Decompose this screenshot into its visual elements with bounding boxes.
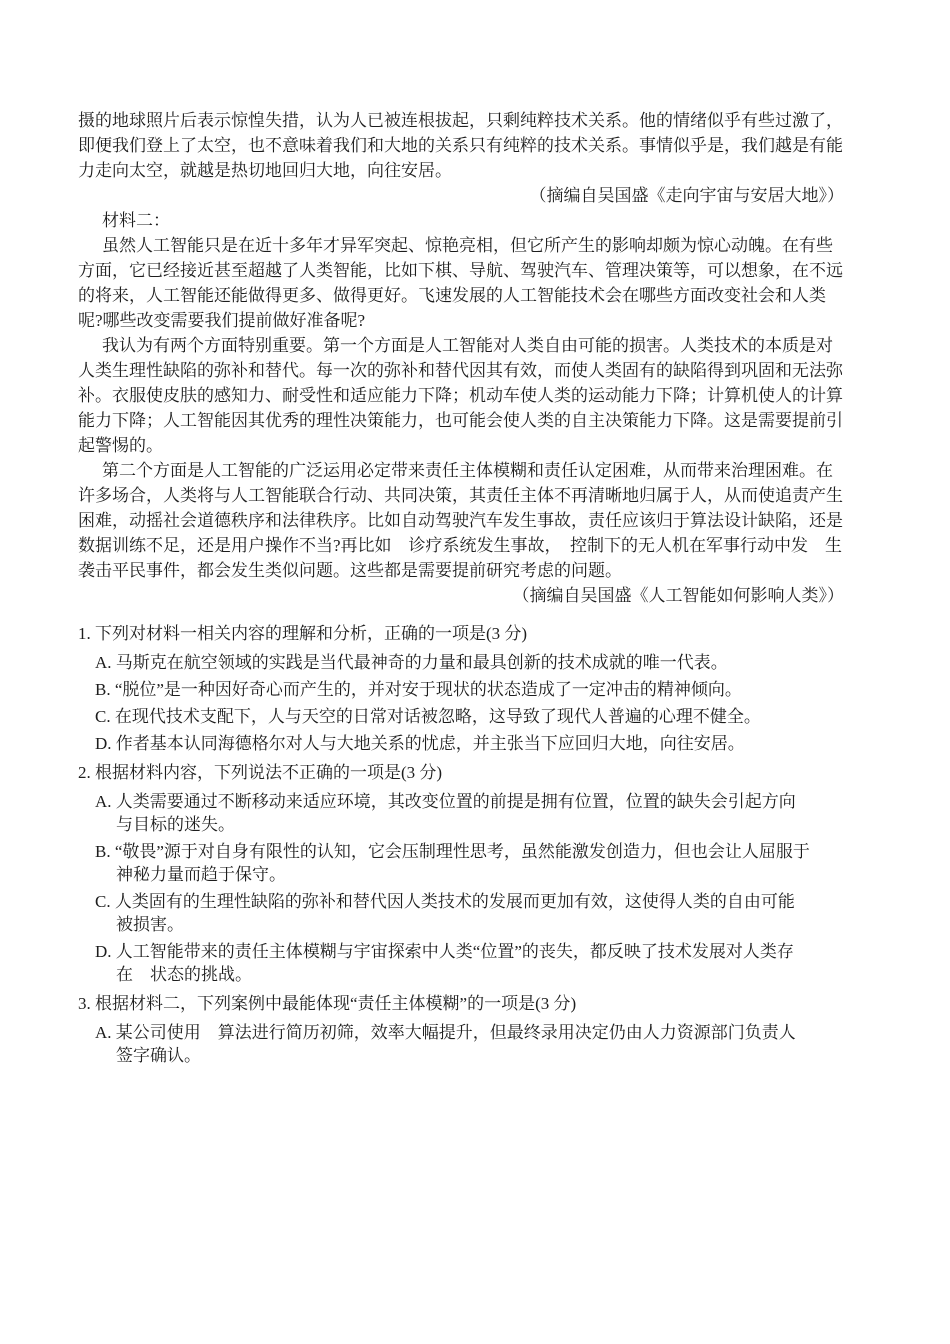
option-line: C. 人类固有的生理性缺陷的弥补和替代因人类技术的发展而更加有效，这使得人类的自… <box>95 890 878 913</box>
passage-line: 补。衣服使皮肤的感知力、耐受性和适应能力下降；机动车使人类的运动能力下降；计算机… <box>78 383 878 408</box>
passage-line: 我认为有两个方面特别重要。第一个方面是人工智能对人类自由可能的损害。人类技术的本… <box>78 333 878 358</box>
passage-line: 摄的地球照片后表示惊惶失措，认为人已被连根拔起，只剩纯粹技术关系。他的情绪似乎有… <box>78 108 878 133</box>
passage-line: 的将来，人工智能还能做得更多、做得更好。飞速发展的人工智能技术会在哪些方面改变社… <box>78 283 878 308</box>
passage-line: 第二个方面是人工智能的广泛运用必定带来责任主体模糊和责任认定困难，从而带来治理困… <box>78 458 878 483</box>
passage-line: 即便我们登上了太空，也不意味着我们和大地的关系只有纯粹的技术关系。事情似乎是，我… <box>78 133 878 158</box>
question-stem: 1. 下列对材料一相关内容的理解和分析，正确的一项是(3 分) <box>78 620 878 647</box>
option-line: 签字确认。 <box>116 1044 878 1067</box>
option-line: D. 人工智能带来的责任主体模糊与宇宙探索中人类“位置”的丧失，都反映了技术发展… <box>95 940 878 963</box>
option-line: A. 马斯克在航空领域的实践是当代最神奇的力量和最具创新的技术成就的唯一代表。 <box>95 651 878 674</box>
option-block: C. 在现代技术支配下，人与天空的日常对话被忽略，这导致了现代人普遍的心理不健全… <box>78 705 878 728</box>
passage-line: 许多场合，人类将与人工智能联合行动、共同决策，其责任主体不再清晰地归属于人，从而… <box>78 483 878 508</box>
option-line: B. “脱位”是一种因好奇心而产生的，并对安于现状的状态造成了一定冲击的精神倾向… <box>95 678 878 701</box>
option-block: B. “敬畏”源于对自身有限性的认知，它会压制理性思考，虽然能激发创造力，但也会… <box>78 840 878 886</box>
source-line: （摘编自吴国盛《人工智能如何影响人类》） <box>78 583 878 608</box>
option-line: A. 某公司使用 算法进行简历初筛，效率大幅提升，但最终录用决定仍由人力资源部门… <box>95 1021 878 1044</box>
source-line: （摘编自吴国盛《走向宇宙与安居大地》） <box>78 183 878 208</box>
exam-page: 摄的地球照片后表示惊惶失措，认为人已被连根拔起，只剩纯粹技术关系。他的情绪似乎有… <box>0 0 950 1344</box>
passage-line: 能力下降；人工智能因其优秀的理性决策能力，也可能会使人类的自主决策能力下降。这是… <box>78 408 878 433</box>
passage-line: 呢?哪些改变需要我们提前做好准备呢? <box>78 308 878 333</box>
option-line: 神秘力量而趋于保守。 <box>116 863 878 886</box>
question-stem: 2. 根据材料内容，下列说法不正确的一项是(3 分) <box>78 759 878 786</box>
passage-line: 困难，动摇社会道德秩序和法律秩序。比如自动驾驶汽车发生事故，责任应该归于算法设计… <box>78 508 878 533</box>
option-line: 被损害。 <box>116 913 878 936</box>
option-line: C. 在现代技术支配下，人与天空的日常对话被忽略，这导致了现代人普遍的心理不健全… <box>95 705 878 728</box>
option-block: A. 马斯克在航空领域的实践是当代最神奇的力量和最具创新的技术成就的唯一代表。 <box>78 651 878 674</box>
option-block: C. 人类固有的生理性缺陷的弥补和替代因人类技术的发展而更加有效，这使得人类的自… <box>78 890 878 936</box>
option-block: A. 某公司使用 算法进行简历初筛，效率大幅提升，但最终录用决定仍由人力资源部门… <box>78 1021 878 1067</box>
passage-line: 方面，它已经接近甚至超越了人类智能，比如下棋、导航、驾驶汽车、管理决策等，可以想… <box>78 258 878 283</box>
question-stem: 3. 根据材料二，下列案例中最能体现“责任主体模糊”的一项是(3 分) <box>78 990 878 1017</box>
option-line: 与目标的迷失。 <box>116 813 878 836</box>
option-block: A. 人类需要通过不断移动来适应环境，其改变位置的前提是拥有位置，位置的缺失会引… <box>78 790 878 836</box>
questions-section: 1. 下列对材料一相关内容的理解和分析，正确的一项是(3 分)A. 马斯克在航空… <box>78 620 878 1067</box>
passage-line: 起警惕的。 <box>78 433 878 458</box>
option-line: A. 人类需要通过不断移动来适应环境，其改变位置的前提是拥有位置，位置的缺失会引… <box>95 790 878 813</box>
option-block: D. 作者基本认同海德格尔对人与大地关系的忧虑，并主张当下应回归大地，向往安居。 <box>78 732 878 755</box>
option-block: B. “脱位”是一种因好奇心而产生的，并对安于现状的状态造成了一定冲击的精神倾向… <box>78 678 878 701</box>
material-two-label: 材料二： <box>78 208 878 233</box>
option-line: D. 作者基本认同海德格尔对人与大地关系的忧虑，并主张当下应回归大地，向往安居。 <box>95 732 878 755</box>
option-line: 在 状态的挑战。 <box>116 963 878 986</box>
passage-line: 虽然人工智能只是在近十多年才异军突起、惊艳亮相，但它所产生的影响却颇为惊心动魄。… <box>78 233 878 258</box>
passage-line: 力走向太空，就越是热切地回归大地，向往安居。 <box>78 158 878 183</box>
passage-line: 袭击平民事件，都会发生类似问题。这些都是需要提前研究考虑的问题。 <box>78 558 878 583</box>
passage-and-questions: 摄的地球照片后表示惊惶失措，认为人已被连根拔起，只剩纯粹技术关系。他的情绪似乎有… <box>78 108 878 1067</box>
option-line: B. “敬畏”源于对自身有限性的认知，它会压制理性思考，虽然能激发创造力，但也会… <box>95 840 878 863</box>
passage-line: 人类生理性缺陷的弥补和替代。每一次的弥补和替代因其有效，而使人类固有的缺陷得到巩… <box>78 358 878 383</box>
option-block: D. 人工智能带来的责任主体模糊与宇宙探索中人类“位置”的丧失，都反映了技术发展… <box>78 940 878 986</box>
passage-line: 数据训练不足，还是用户操作不当?再比如 诊疗系统发生事故， 控制下的无人机在军事… <box>78 533 878 558</box>
